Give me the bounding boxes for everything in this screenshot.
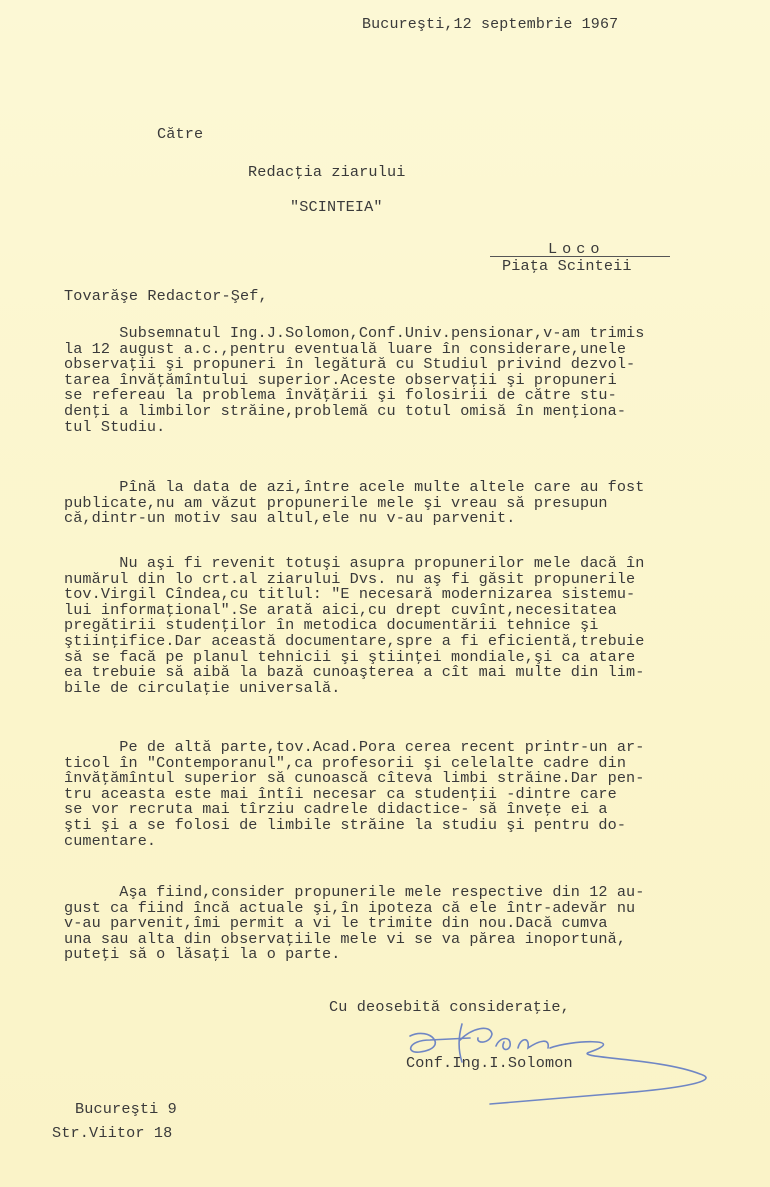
- date-line: Bucureşti,12 septembrie 1967: [362, 16, 618, 33]
- recipient-to: Către: [157, 126, 203, 143]
- paragraph-2: Pînă la data de azi,între acele multe al…: [64, 480, 764, 527]
- newspaper-name: "SCINTEIA": [290, 199, 383, 216]
- recipient-place: Piaţa Scinteii: [502, 258, 632, 275]
- sender-address-line1: Bucureşti 9: [75, 1101, 177, 1118]
- paragraph-1: Subsemnatul Ing.J.Solomon,Conf.Univ.pens…: [64, 326, 764, 435]
- paragraph-5: Aşa fiind,consider propunerile mele resp…: [64, 885, 764, 963]
- signatory-name: Conf.Ing.I.Solomon: [406, 1055, 573, 1072]
- paragraph-3: Nu aşi fi revenit totuşi asupra propuner…: [64, 556, 764, 696]
- salutation: Tovarăşe Redactor-Şef,: [64, 288, 268, 305]
- sender-address-line2: Str.Viitor 18: [52, 1125, 172, 1142]
- paragraph-4: Pe de altă parte,tov.Acad.Pora cerea rec…: [64, 740, 764, 849]
- letter-page: Bucureşti,12 septembrie 1967 Către Redac…: [0, 0, 770, 1187]
- recipient-line1: Redacţia ziarului: [248, 164, 406, 181]
- closing: Cu deosebită consideraţie,: [329, 999, 570, 1016]
